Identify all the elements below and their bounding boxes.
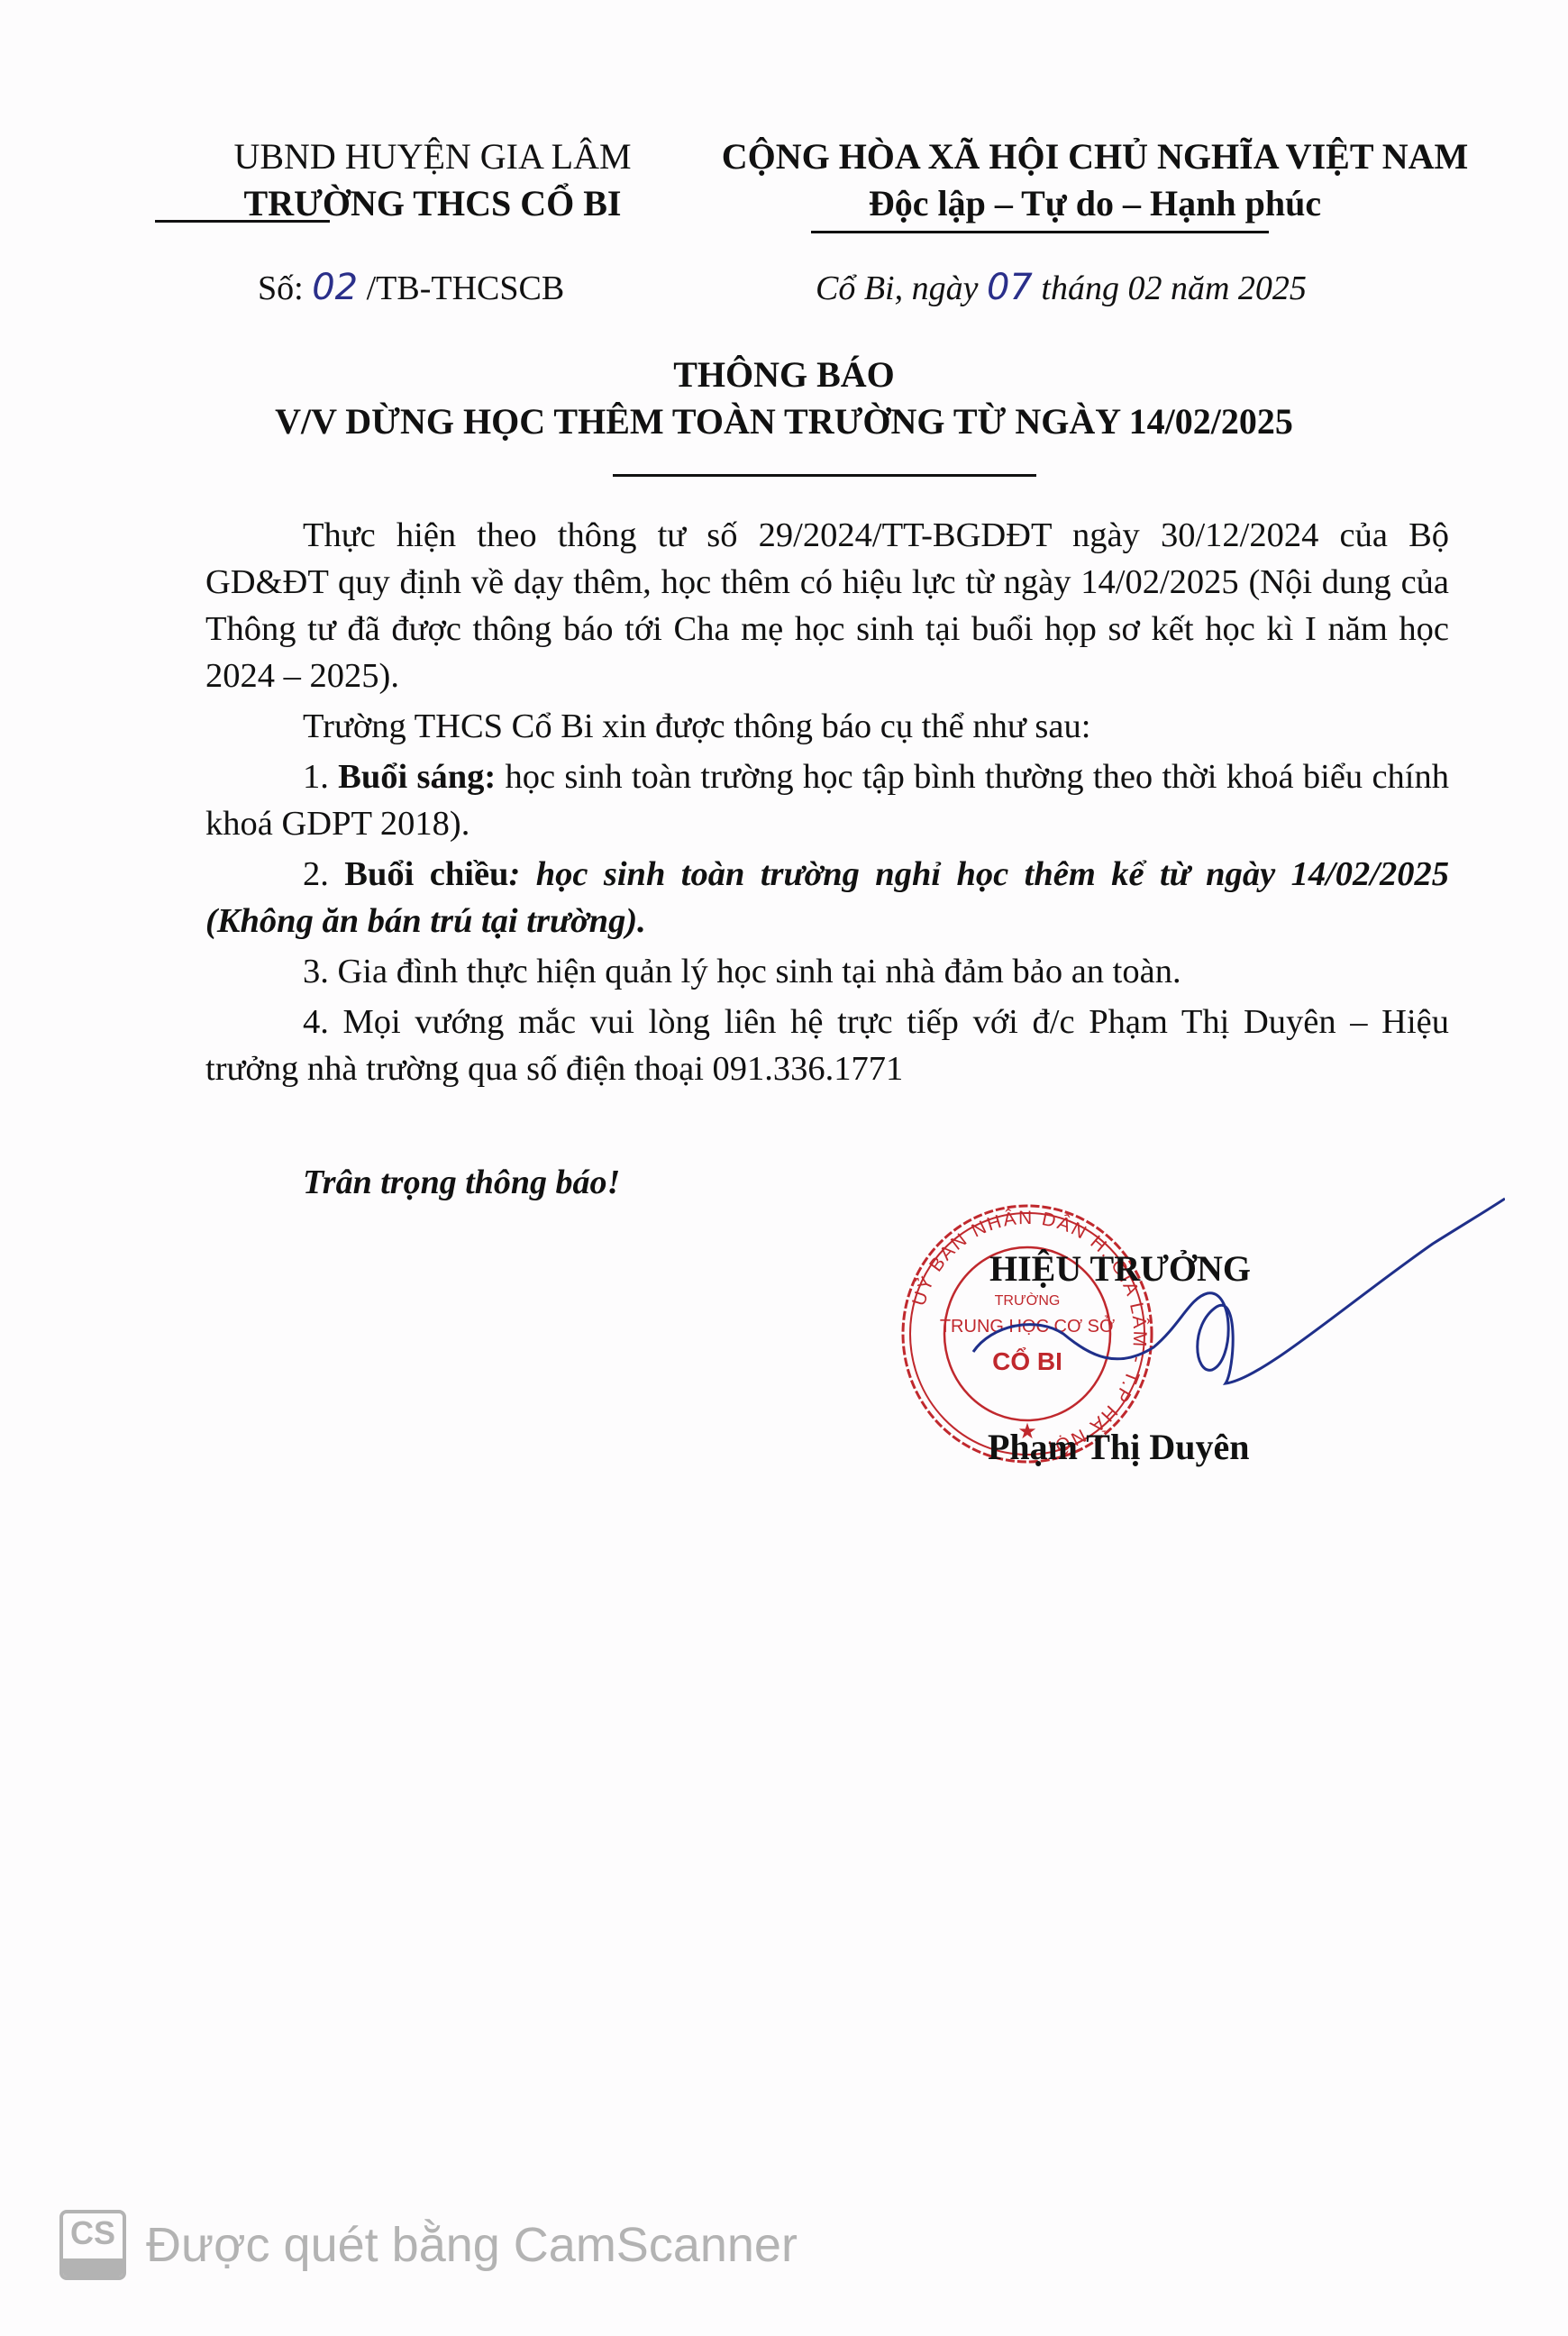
document-subject: V/V DỪNG HỌC THÊM TOÀN TRƯỜNG TỪ NGÀY 14…: [0, 400, 1568, 443]
item-1: 1. Buổi sáng: học sinh toàn trường học t…: [205, 753, 1449, 847]
item-3: 3. Gia đình thực hiện quản lý học sinh t…: [205, 948, 1449, 995]
handwritten-number: 02: [312, 267, 358, 308]
national-header: CỘNG HÒA XÃ HỘI CHỦ NGHĨA VIỆT NAM Độc l…: [712, 133, 1478, 227]
intro-paragraph: Thực hiện theo thông tư số 29/2024/TT-BG…: [205, 512, 1449, 699]
document-title: THÔNG BÁO: [0, 353, 1568, 396]
school-name-underline: [155, 220, 330, 223]
camscanner-watermark: CS Được quét bằng CamScanner: [59, 2210, 798, 2280]
signature-icon: [964, 1190, 1505, 1442]
document-number: Số: 02 /TB-THCSCB: [258, 267, 564, 308]
lead-paragraph: Trường THCS Cổ Bi xin được thông báo cụ …: [205, 703, 1449, 750]
item-2: 2. Buổi chiều: học sinh toàn trường nghỉ…: [205, 851, 1449, 944]
nation-name: CỘNG HÒA XÃ HỘI CHỦ NGHĨA VIỆT NAM: [712, 133, 1478, 180]
document-body: Thực hiện theo thông tư số 29/2024/TT-BG…: [205, 512, 1449, 1096]
national-motto: Độc lập – Tự do – Hạnh phúc: [712, 180, 1478, 227]
agency-name: UBND HUYỆN GIA LÂM: [180, 133, 685, 180]
title-rule: [613, 474, 1036, 477]
item-4: 4. Mọi vướng mắc vui lòng liên hệ trực t…: [205, 999, 1449, 1092]
camscanner-logo-icon: CS: [59, 2210, 126, 2280]
place-date: Cổ Bi, ngày 07 tháng 02 năm 2025: [816, 267, 1307, 308]
issuing-authority: UBND HUYỆN GIA LÂM TRƯỜNG THCS CỔ BI: [180, 133, 685, 227]
handwritten-day: 07: [987, 267, 1033, 308]
motto-underline: [811, 231, 1269, 233]
closing-line: Trân trọng thông báo!: [303, 1163, 620, 1202]
watermark-text: Được quét bằng CamScanner: [146, 2217, 798, 2273]
